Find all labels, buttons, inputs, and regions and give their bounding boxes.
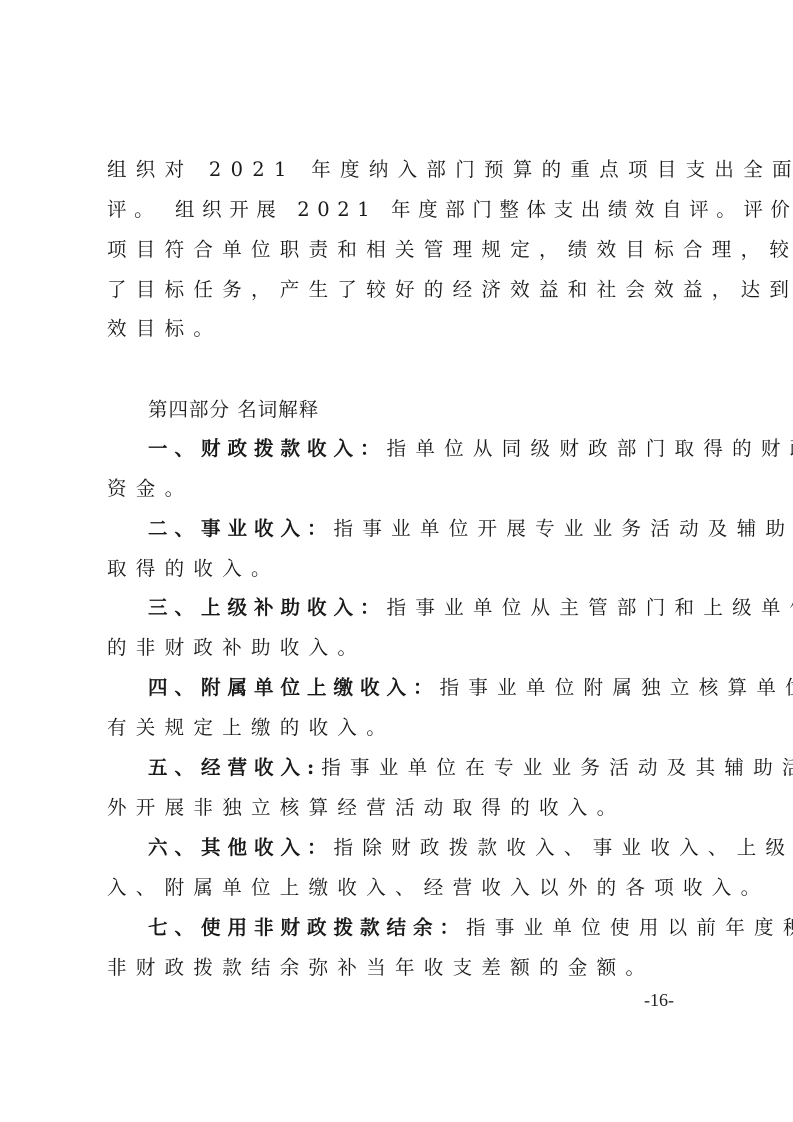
definition-4-continuation: 有关规定上缴的收入。 bbox=[107, 713, 395, 743]
definition-2-continuation: 取得的收入。 bbox=[107, 554, 280, 584]
definition-7: 七、使用非财政拨款结余：指事业单位使用以前年度积累的 bbox=[148, 913, 793, 943]
definition-text: 指事业单位从主管部门和上级单位取得 bbox=[387, 596, 793, 619]
definition-text: 指事业单位开展专业业务活动及辅助活动所 bbox=[334, 517, 793, 540]
definition-term: 五、经营收入: bbox=[148, 756, 321, 779]
definition-3-continuation: 的非财政补助收入。 bbox=[107, 633, 366, 663]
definition-term: 六、其他收入： bbox=[148, 836, 334, 859]
page-number: -16- bbox=[644, 990, 674, 1011]
definition-text: 指事业单位在专业业务活动及其辅助活动之 bbox=[321, 756, 793, 779]
intro-line-5: 效目标。 bbox=[107, 314, 222, 344]
definition-5: 五、经营收入:指事业单位在专业业务活动及其辅助活动之 bbox=[148, 753, 793, 783]
definition-4: 四、附属单位上缴收入：指事业单位附属独立核算单位按照 bbox=[148, 673, 793, 703]
definition-6: 六、其他收入：指除财政拨款收入、事业收入、上级补助收 bbox=[148, 833, 793, 863]
definition-term: 四、附属单位上缴收入： bbox=[148, 676, 440, 699]
definition-text: 指事业单位使用以前年度积累的 bbox=[466, 916, 793, 939]
definition-term: 七、使用非财政拨款结余： bbox=[148, 916, 466, 939]
definition-term: 三、上级补助收入： bbox=[148, 596, 387, 619]
definition-text: 指事业单位附属独立核算单位按照 bbox=[440, 676, 793, 699]
intro-line-3: 项目符合单位职责和相关管理规定，绩效目标合理，较好地完成 bbox=[107, 235, 793, 265]
definition-1-continuation: 资金。 bbox=[107, 474, 193, 504]
intro-line-4: 了目标任务，产生了较好的经济效益和社会效益，达到了预期绩 bbox=[107, 275, 793, 305]
definition-1: 一、财政拨款收入：指单位从同级财政部门取得的财政预算 bbox=[148, 434, 793, 464]
intro-line-2: 评。 组织开展 2021 年度部门整体支出绩效自评。评价结果显示， bbox=[107, 195, 793, 225]
definition-5-continuation: 外开展非独立核算经营活动取得的收入。 bbox=[107, 793, 625, 823]
definition-6-continuation: 入、附属单位上缴收入、经营收入以外的各项收入。 bbox=[107, 873, 769, 903]
definition-7-continuation: 非财政拨款结余弥补当年收支差额的金额。 bbox=[107, 953, 654, 983]
definition-term: 二、事业收入： bbox=[148, 517, 334, 540]
definition-3: 三、上级补助收入：指事业单位从主管部门和上级单位取得 bbox=[148, 593, 793, 623]
definition-2: 二、事业收入：指事业单位开展专业业务活动及辅助活动所 bbox=[148, 514, 793, 544]
definition-text: 指单位从同级财政部门取得的财政预算 bbox=[387, 437, 793, 460]
definition-term: 一、财政拨款收入： bbox=[148, 437, 387, 460]
section-heading: 第四部分 名词解释 bbox=[148, 395, 319, 425]
intro-line-1: 组织对 2021 年度纳入部门预算的重点项目支出全面开展绩效自 bbox=[107, 155, 793, 185]
definition-text: 指除财政拨款收入、事业收入、上级补助收 bbox=[334, 836, 793, 859]
